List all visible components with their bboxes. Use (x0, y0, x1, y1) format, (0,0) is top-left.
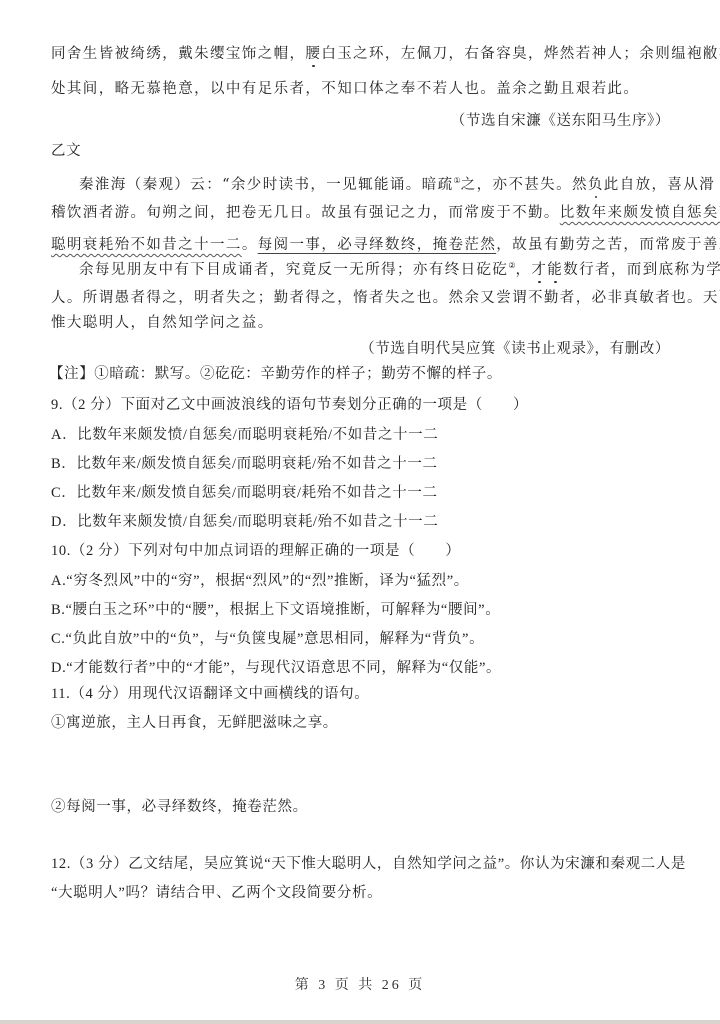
question-11-item-2: ②每阅一事，必寻绎数终，掩卷茫然。 (51, 797, 308, 817)
question-9-option-b: B．比数年来/颇发愤自惩矣/而聪明衰耗/殆不如昔之十一二 (51, 454, 438, 474)
question-9-option-a: A．比数年来颇发愤/自惩矣/而聪明衰耗殆/不如昔之十一二 (51, 425, 438, 445)
emphasis-dot-char: 负 (588, 177, 604, 193)
question-10-option-b: B.“腰白玉之环”中的“腰”，根据上下文语境推断，可解释为“腰间”。 (51, 600, 500, 620)
passage-yi-p2-line-3: 惟大聪明人，自然知学问之益。 (51, 313, 274, 333)
question-11-item-1: ①寓逆旅，主人日再食，无鲜肥滋味之享。 (51, 713, 338, 733)
question-10-option-d: D.“才能数行者”中的“才能”，与现代汉语意思不同，解释为“仅能”。 (51, 658, 501, 678)
wavy-underlined-sentence: 比数年来颇发愤自惩矣而 (560, 205, 720, 221)
passage-jia-line-2: 处其间，略无慕艳意，以中有足乐者，不知口体之奉不若人也。盖余之勤且艰若此。 (51, 79, 639, 99)
wavy-underlined-sentence-cont: 聪明衰耗殆不如昔之十一二 (51, 237, 242, 253)
passage-yi-p2-line-1: 余每见朋友中有下目成诵者，究竟反一无所得；亦有终日矻矻②，才能数行者，而到底称为… (79, 256, 720, 280)
passage-jia-source: （节选自宋濂《送东阳马生序》） (451, 111, 670, 131)
passage-yi-p1-line-3: 聪明衰耗殆不如昔之十一二。每阅一事，必寻绎数终，掩卷茫然，故虽有勤劳之苦，而常废… (51, 235, 720, 255)
passage-yi-p1-line-1: 秦淮海（秦观）云：“余少时读书，一见辄能诵。暗疏①之，亦不甚失。然负此自放，喜从… (79, 171, 715, 195)
straight-underlined-sentence: 每阅一事，必寻绎数终，掩卷茫然 (258, 237, 497, 253)
passage-yi-p2-line-2: 人。所谓愚者得之，明者失之；勤者得之，惰者失之也。然余又尝谓不勤者，必非真敏者也… (51, 288, 720, 308)
footnote-ref-1: ① (454, 176, 461, 185)
passage-yi-source: （节选自明代吴应箕《读书止观录》，有删改） (360, 339, 670, 359)
page-number: 第 3 页 共 26 页 (0, 974, 720, 994)
emphasis-dot-char: 才 (531, 262, 547, 278)
question-10-stem: 10.（2 分）下列对句中加点词语的理解正确的一项是（ ） (51, 541, 461, 561)
question-10-option-c: C.“负此自放”中的“负”，与“负箧曳屣”意思相同，解释为“背负”。 (51, 629, 484, 649)
question-9-stem: 9.（2 分）下面对乙文中画波浪线的语句节奏划分正确的一项是（ ） (51, 395, 528, 415)
exam-page: 同舍生皆被绮绣，戴朱缨宝饰之帽，腰白玉之环，左佩刀，右备容臭，烨然若神人；余则缊… (0, 0, 720, 1020)
question-9-option-d: D．比数年来颇发愤/自惩矣/而聪明衰耗/殆不如昔之十一二 (51, 512, 438, 532)
emphasis-dot-char: 能 (547, 262, 563, 278)
passage-yi-heading: 乙文 (51, 141, 81, 161)
question-12-line-2: “大聪明人”吗？请结合甲、乙两个文段简要分析。 (51, 883, 382, 903)
question-10-option-a: A.“穷冬烈风”中的“穷”，根据“烈风”的“烈”推断，译为“猛烈”。 (51, 571, 469, 591)
question-12-line-1: 12.（3 分）乙文结尾，吴应箕说“天下惟大聪明人，自然知学问之益”。你认为宋濂… (51, 854, 686, 874)
emphasis-dot-char: 腰 (305, 46, 321, 62)
page-bottom-border (0, 1020, 720, 1024)
question-11-stem: 11.（4 分）用现代汉语翻译文中画横线的语句。 (51, 684, 369, 704)
passage-yi-p1-line-2: 稽饮酒者游。旬朔之间，把卷无几日。故虽有强记之力，而常废于不勤。比数年来颇发愤自… (51, 203, 720, 223)
question-9-option-c: C．比数年来/颇发愤自惩矣/而聪明衰/耗殆不如昔之十一二 (51, 483, 438, 503)
footnotes: 【注】①暗疏：默写。②矻矻：辛勤劳作的样子；勤劳不懈的样子。 (49, 364, 502, 384)
passage-jia-line-1: 同舍生皆被绮绣，戴朱缨宝饰之帽，腰白玉之环，左佩刀，右备容臭，烨然若神人；余则缊… (51, 44, 720, 64)
